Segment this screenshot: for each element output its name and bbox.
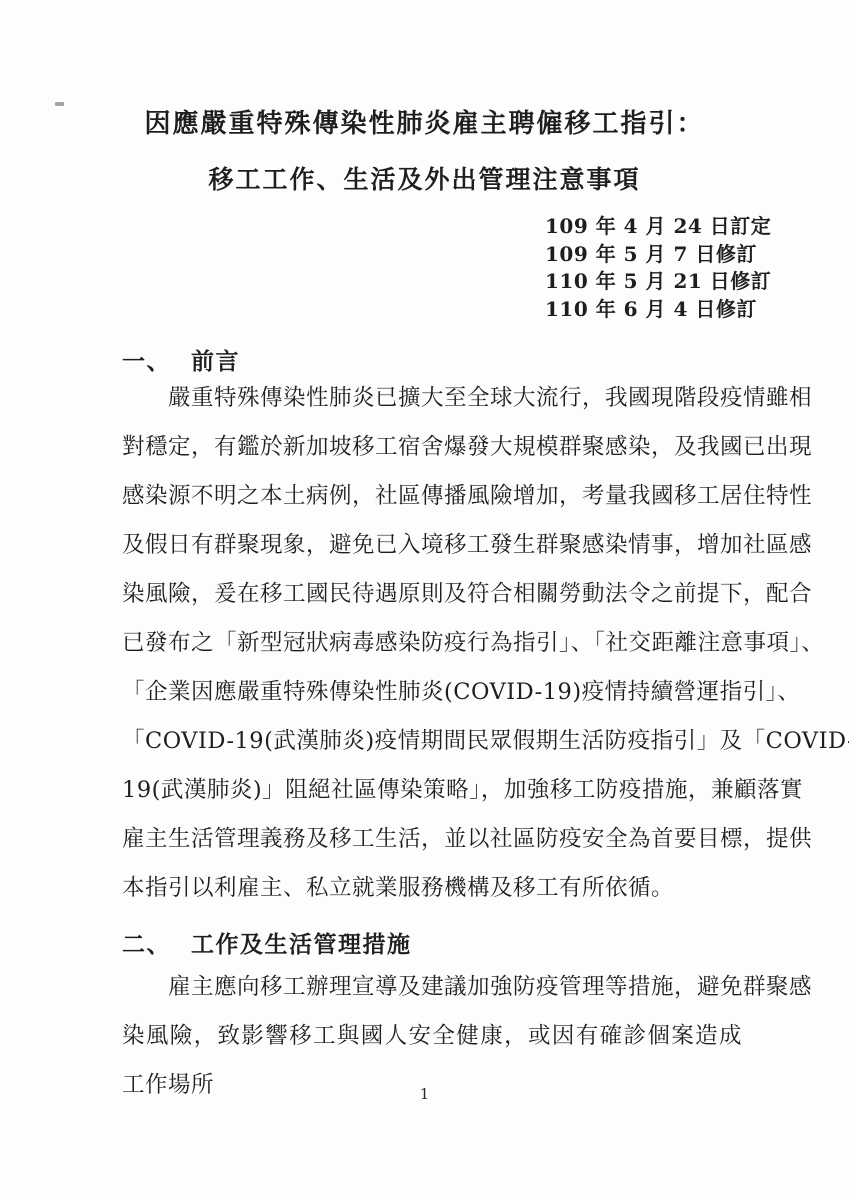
paragraph-line: 本指引以利雇主、私立就業服務機構及移工有所依循。 xyxy=(122,864,742,913)
paragraph-line: 染風險，爰在移工國民待遇原則及符合相關勞動法令之前提下，配合 xyxy=(122,570,742,619)
section-1-heading: 一、前言 xyxy=(122,343,240,376)
paragraph-line: 已發布之「新型冠狀病毒感染防疫行為指引」、「社交距離注意事項」、 xyxy=(122,619,742,668)
revision-date: 109 年 4 月 24 日訂定 xyxy=(545,213,771,241)
revision-date: 110 年 5 月 21 日修訂 xyxy=(545,268,771,296)
paragraph-line: 染風險，致影響移工與國人安全健康，或因有確診個案造成工作場所 xyxy=(122,1012,742,1061)
section-2-number: 二、 xyxy=(122,926,171,959)
section-2-paragraph: 雇主應向移工辦理宣導及建議加強防疫管理等措施，避免群聚感 染風險，致影響移工與國… xyxy=(122,963,742,1061)
paragraph-line: 及假日有群聚現象，避免已入境移工發生群聚感染情事，增加社區感 xyxy=(122,521,742,570)
paragraph-line: 嚴重特殊傳染性肺炎已擴大至全球大流行，我國現階段疫情雖相 xyxy=(122,374,742,423)
paragraph-line: 「COVID-19(武漢肺炎)疫情期間民眾假期生活防疫指引」及「COVID- xyxy=(122,717,742,766)
paragraph-line: 雇主應向移工辦理宣導及建議加強防疫管理等措施，避免群聚感 xyxy=(122,963,742,1012)
paragraph-line: 「企業因應嚴重特殊傳染性肺炎(COVID-19)疫情持續營運指引」、 xyxy=(122,668,742,717)
paragraph-line: 感染源不明之本土病例，社區傳播風險增加，考量我國移工居住特性 xyxy=(122,472,742,521)
section-1-number: 一、 xyxy=(122,343,171,376)
page-number: 1 xyxy=(0,1085,849,1103)
section-1-title: 前言 xyxy=(191,343,240,376)
section-1-paragraph: 嚴重特殊傳染性肺炎已擴大至全球大流行，我國現階段疫情雖相 對穩定，有鑑於新加坡移… xyxy=(122,374,742,913)
revision-date: 110 年 6 月 4 日修訂 xyxy=(545,296,771,324)
section-2-title: 工作及生活管理措施 xyxy=(191,926,412,959)
paragraph-line: 19(武漢肺炎)」阻絕社區傳染策略」，加強移工防疫措施，兼顧落實 xyxy=(122,766,742,815)
paragraph-line: 對穩定，有鑑於新加坡移工宿舍爆發大規模群聚感染，及我國已出現 xyxy=(122,423,742,472)
paragraph-line: 雇主生活管理義務及移工生活，並以社區防疫安全為首要目標，提供 xyxy=(122,815,742,864)
document-page: 因應嚴重特殊傳染性肺炎雇主聘僱移工指引： 移工工作、生活及外出管理注意事項 10… xyxy=(0,0,849,1200)
revision-date: 109 年 5 月 7 日修訂 xyxy=(545,241,771,269)
document-title-line2: 移工工作、生活及外出管理注意事項 xyxy=(0,160,849,196)
document-title-line1: 因應嚴重特殊傳染性肺炎雇主聘僱移工指引： xyxy=(0,103,849,140)
section-2-heading: 二、工作及生活管理措施 xyxy=(122,926,412,959)
revision-dates: 109 年 4 月 24 日訂定 109 年 5 月 7 日修訂 110 年 5… xyxy=(545,213,771,323)
